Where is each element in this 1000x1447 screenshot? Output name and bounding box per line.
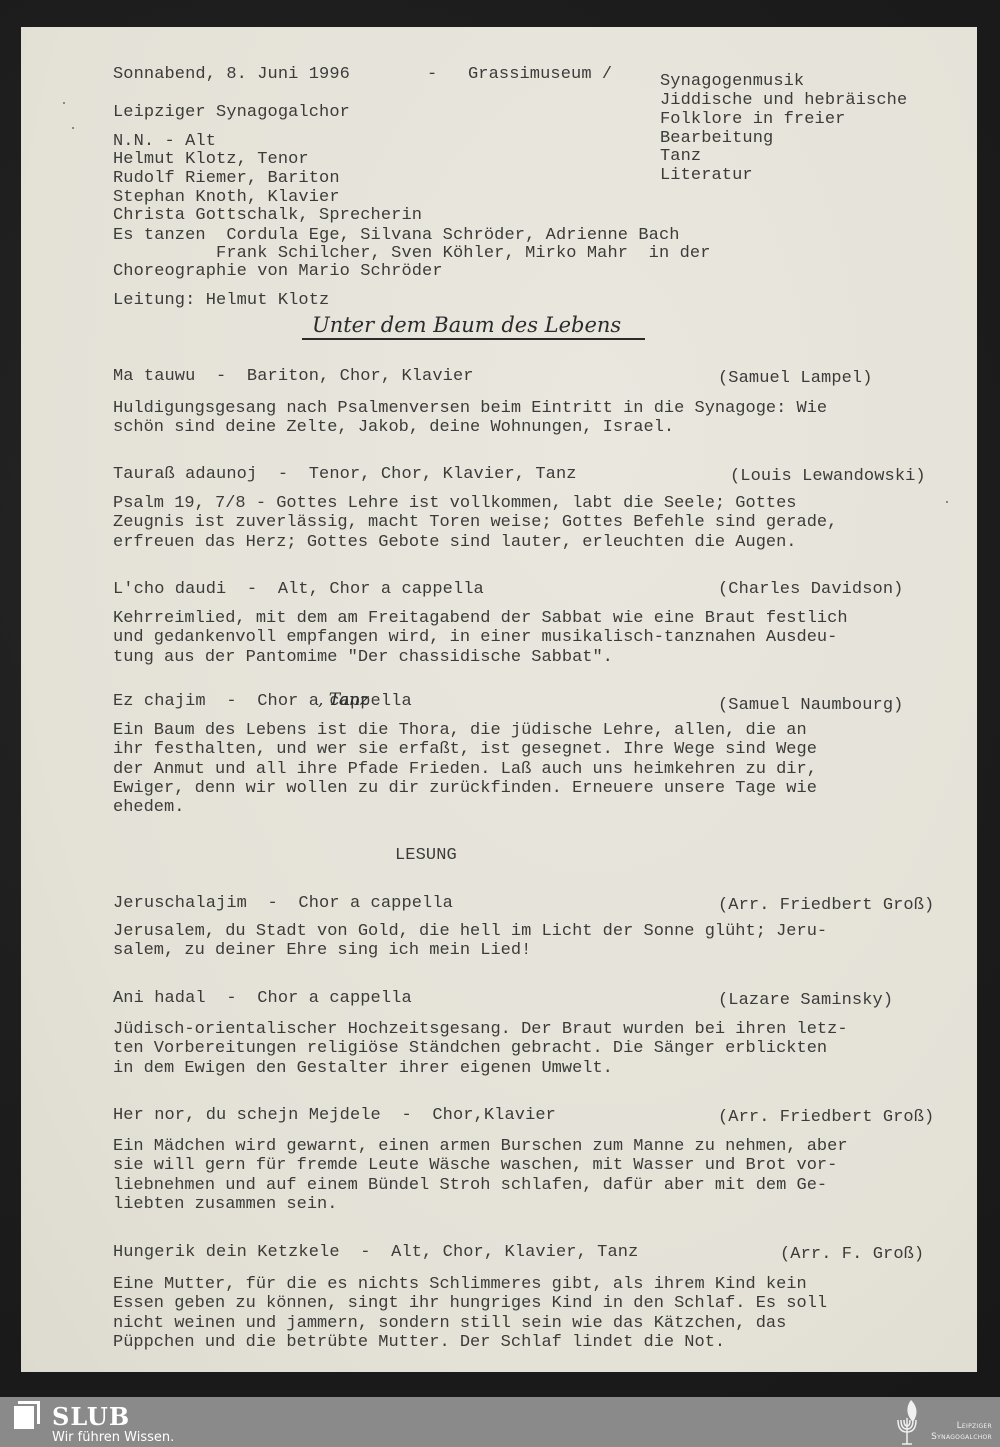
theme-item: Synagogenmusik (660, 72, 804, 91)
partner-logo-text: Leipziger Synagogalchor (922, 1421, 992, 1443)
performer: Christa Gottschalk, Sprecherin (113, 206, 422, 225)
performer: Helmut Klotz, Tenor (113, 150, 309, 169)
handwritten-addition: , Tanz (318, 690, 369, 710)
partner-line: Synagogalchor (922, 1432, 992, 1443)
performer: Stephan Knoth, Klavier (113, 188, 340, 207)
paper-speck (63, 102, 65, 104)
paper-speck (946, 501, 948, 503)
slub-tagline: Wir führen Wissen. (52, 1430, 174, 1445)
piece-description: Kehrreimlied, mit dem am Freitagabend de… (113, 609, 848, 667)
piece-title: Tauraß adaunoj - Tenor, Chor, Klavier, T… (113, 465, 577, 484)
theme-item: Tanz (660, 147, 701, 166)
piece-description: Ein Baum des Lebens ist die Thora, die j… (113, 721, 817, 817)
slub-book-icon (12, 1400, 42, 1430)
piece-title: L'cho daudi - Alt, Chor a cappella (113, 580, 484, 599)
theme-item: Literatur (660, 166, 753, 185)
piece-description: Jerusalem, du Stadt von Gold, die hell i… (113, 922, 827, 961)
theme-item: Jiddische und hebräische (660, 91, 907, 110)
paper-speck (72, 127, 74, 129)
piece-title: Ani hadal - Chor a cappella (113, 989, 412, 1008)
piece-title: Her nor, du schejn Mejdele - Chor,Klavie… (113, 1106, 556, 1125)
dancers-line: Frank Schilcher, Sven Köhler, Mirko Mahr… (113, 244, 711, 263)
direction-line: Leitung: Helmut Klotz (113, 291, 329, 310)
section-heading: LESUNG (395, 846, 457, 865)
performer: N.N. - Alt (113, 132, 216, 151)
piece-composer: (Samuel Naumbourg) (718, 696, 903, 715)
ensemble-name: Leipziger Synagogalchor (113, 103, 350, 122)
partner-line: Leipziger (922, 1421, 992, 1432)
piece-description: Eine Mutter, für die es nichts Schlimmer… (113, 1275, 827, 1352)
piece-composer: (Louis Lewandowski) (730, 467, 926, 486)
choreography-line: Choreographie von Mario Schröder (113, 262, 443, 281)
venue: Grassimuseum / (468, 65, 612, 84)
handwritten-title: Unter dem Baum des Lebens (312, 313, 621, 337)
piece-title: Ma tauwu - Bariton, Chor, Klavier (113, 367, 474, 386)
piece-description: Jüdisch-orientalischer Hochzeitsgesang. … (113, 1020, 848, 1078)
piece-composer: (Arr. F. Groß) (780, 1245, 924, 1264)
piece-composer: (Lazare Saminsky) (718, 991, 893, 1010)
theme-item: Bearbeitung (660, 129, 773, 148)
performer: Rudolf Riemer, Bariton (113, 169, 340, 188)
piece-description: Huldigungsgesang nach Psalmenversen beim… (113, 399, 827, 438)
piece-composer: (Charles Davidson) (718, 580, 903, 599)
slub-wordmark[interactable]: SLUB (52, 1402, 130, 1431)
piece-title: Jeruschalajim - Chor a cappella (113, 894, 453, 913)
piece-composer: (Arr. Friedbert Groß) (718, 896, 934, 915)
dancers-line: Es tanzen Cordula Ege, Silvana Schröder,… (113, 226, 680, 245)
piece-composer: (Samuel Lampel) (718, 369, 873, 388)
title-underline (302, 338, 645, 340)
piece-title: Hungerik dein Ketzkele - Alt, Chor, Klav… (113, 1243, 638, 1262)
theme-item: Folklore in freier (660, 110, 845, 129)
piece-description: Psalm 19, 7/8 - Gottes Lehre ist vollkom… (113, 494, 837, 552)
header-dash: - (427, 65, 437, 84)
piece-composer: (Arr. Friedbert Groß) (718, 1108, 934, 1127)
piece-description: Ein Mädchen wird gewarnt, einen armen Bu… (113, 1137, 848, 1214)
concert-date: Sonnabend, 8. Juni 1996 (113, 65, 350, 84)
menorah-flame-icon (895, 1398, 925, 1446)
